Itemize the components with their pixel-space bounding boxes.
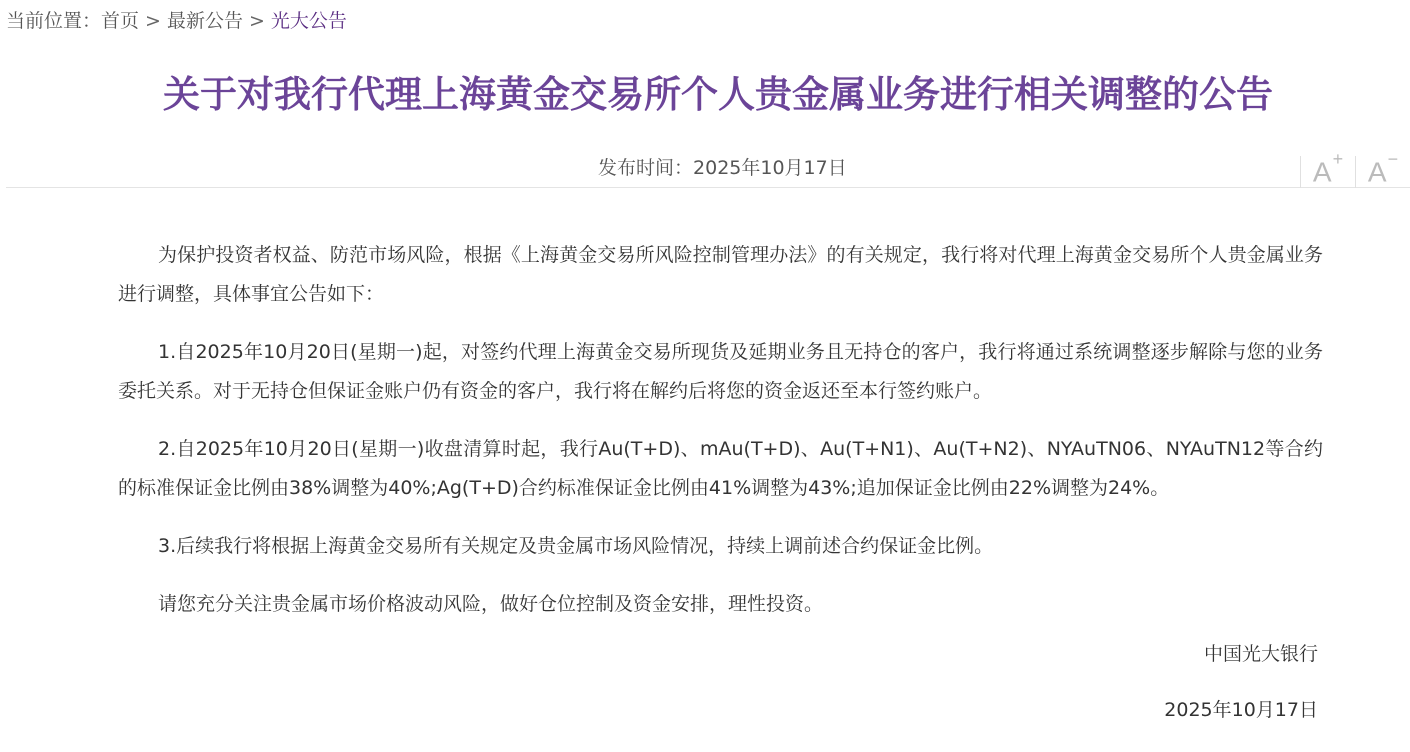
breadcrumb-separator: >: [145, 10, 161, 32]
page-title: 关于对我行代理上海黄金交易所个人贵金属业务进行相关调整的公告: [0, 70, 1410, 120]
reminder-paragraph: 请您充分关注贵金属市场价格波动风险，做好仓位控制及资金安排，理性投资。: [118, 585, 1323, 624]
font-increase-icon: A+: [1313, 155, 1343, 188]
intro-paragraph: 为保护投资者权益、防范市场风险，根据《上海黄金交易所风险控制管理办法》的有关规定…: [118, 236, 1323, 314]
clause-2-paragraph: 2.自2025年10月20日(星期一)收盘清算时起，我行Au(T+D)、mAu(…: [118, 430, 1323, 508]
breadcrumb-latest-announcements-link[interactable]: 最新公告: [167, 10, 243, 32]
signature-date: 2025年10月17日: [1164, 697, 1318, 723]
clause-1-paragraph: 1.自2025年10月20日(星期一)起，对签约代理上海黄金交易所现货及延期业务…: [118, 333, 1323, 411]
publish-time-value: 2025年10月17日: [693, 157, 847, 179]
font-decrease-icon: A−: [1368, 155, 1398, 188]
breadcrumb-label: 当前位置：: [6, 10, 101, 32]
breadcrumb-home-link[interactable]: 首页: [101, 10, 139, 32]
font-decrease-button[interactable]: A−: [1355, 156, 1410, 188]
publish-time: 发布时间：2025年10月17日: [598, 155, 847, 181]
breadcrumb: 当前位置：首页>最新公告>光大公告: [6, 8, 347, 34]
clause-3-paragraph: 3.后续我行将根据上海黄金交易所有关规定及贵金属市场风险情况，持续上调前述合约保…: [118, 527, 1323, 566]
font-increase-button[interactable]: A+: [1300, 156, 1355, 188]
publish-time-label: 发布时间：: [598, 157, 693, 179]
signature-organization: 中国光大银行: [1204, 641, 1318, 667]
breadcrumb-ceb-announcements-link[interactable]: 光大公告: [271, 10, 347, 32]
font-size-controls: A+ A−: [1300, 156, 1410, 188]
announcement-page: 当前位置：首页>最新公告>光大公告 关于对我行代理上海黄金交易所个人贵金属业务进…: [0, 0, 1410, 752]
article-body: 为保护投资者权益、防范市场风险，根据《上海黄金交易所风险控制管理办法》的有关规定…: [118, 236, 1323, 643]
article-meta-row: 发布时间：2025年10月17日 A+ A−: [6, 150, 1410, 188]
breadcrumb-separator: >: [249, 10, 265, 32]
